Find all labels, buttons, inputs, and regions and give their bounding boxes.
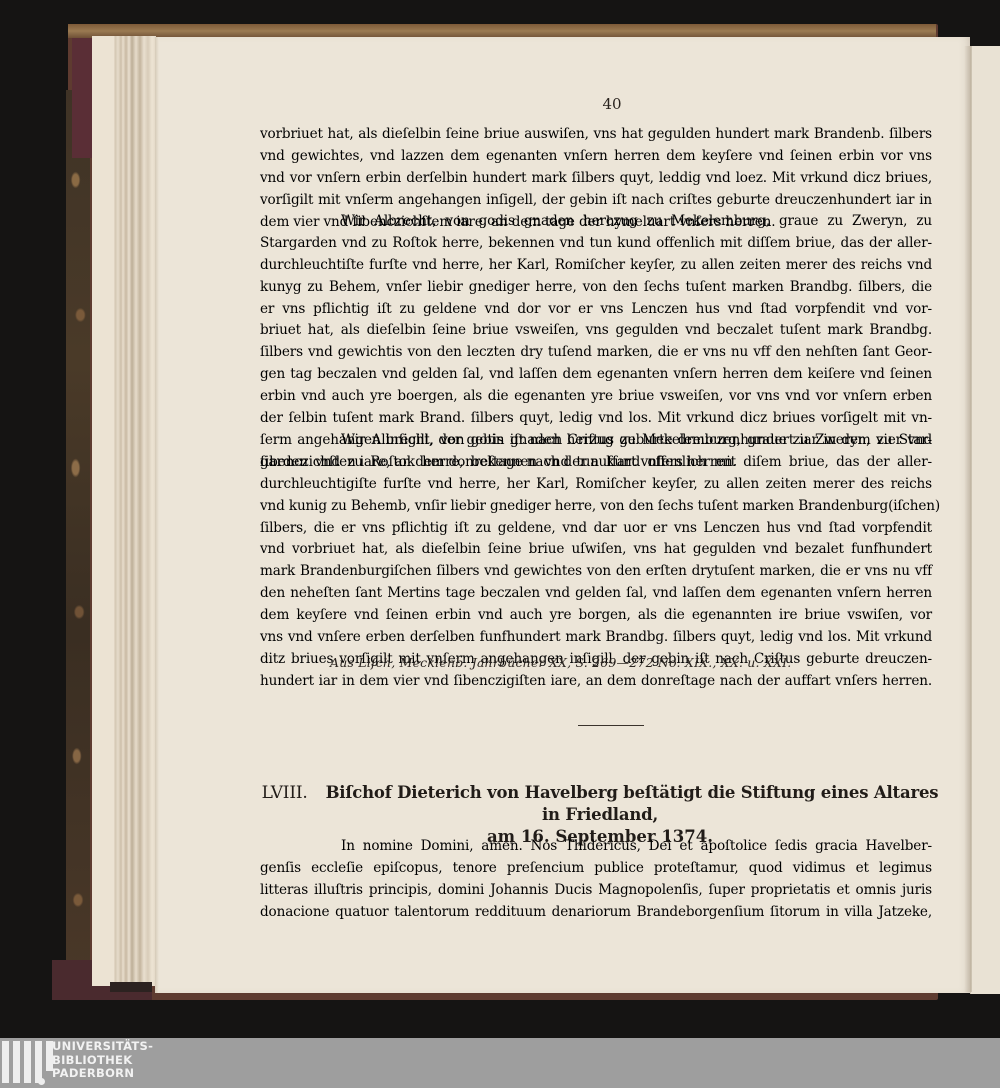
- text-line: vnd vor vnſern erbin derſelbin hundert m…: [260, 168, 932, 190]
- text-line: durchleuchtigiſte furſte vnd herre, her …: [260, 474, 932, 496]
- text-line: Wir Albrecht, von godis gnaden herczug z…: [260, 211, 932, 233]
- logo-line-3: PADERBORN: [52, 1067, 153, 1081]
- marbled-board-edge: [66, 90, 90, 990]
- text-line: garden vnd zu Roſtok herre, bekennen vnd…: [260, 452, 932, 474]
- text-line: gen tag beczalen vnd gelden ſal, vnd laſ…: [260, 364, 932, 386]
- paragraph-albrecht-2: Wir Albrecht, von gotis gnaden herzug zu…: [260, 430, 932, 693]
- section-divider: [578, 725, 644, 726]
- text-line: den neheſten ſant Mertins tage beczalen …: [260, 583, 932, 605]
- text-line: erbin vnd auch yre boergen, als die egen…: [260, 386, 932, 408]
- text-line: ſilbers vnd gewichtis von den leczten dr…: [260, 342, 932, 364]
- text-line: genſis eccleſie epiſcopus, tenore preſen…: [260, 858, 932, 880]
- text-line: der ſelbin tuſent mark Brand. ſilbers qu…: [260, 408, 932, 430]
- section-number: LVIII.: [262, 783, 308, 803]
- text-line: mark Brandenburgiſchen ſilbers vnd gewic…: [260, 561, 932, 583]
- text-line: Wir Albrecht, von gotis gnaden herzug zu…: [260, 430, 932, 452]
- text-line: kunyg zu Behem, vnſer liebir gnediger he…: [260, 277, 932, 299]
- page-edges-stack: [92, 36, 156, 986]
- logo-line-2: BIBLIOTHEK: [52, 1054, 153, 1068]
- text-line: vorbriuet hat, als dieſelbin ſeine briue…: [260, 124, 932, 146]
- section-heading-line-1: LVIII.Biſchof Dieterich von Havelberg be…: [250, 782, 950, 826]
- section-title: Biſchof Dieterich von Havelberg beſtätig…: [326, 783, 939, 824]
- text-line: vnd gewichtes, vnd lazzen dem egenanten …: [260, 146, 932, 168]
- text-line: briuet hat, als dieſelbin ſeine briue vs…: [260, 320, 932, 342]
- text-line: Stargarden vnd zu Roſtok herre, bekennen…: [260, 233, 932, 255]
- text-line: vnd kunig zu Behemb, vnſir liebir gnedig…: [260, 496, 932, 518]
- text-line: er vns pflichtig iſt zu geldene vnd dor …: [260, 299, 932, 321]
- library-logo-text: UNIVERSITÄTS- BIBLIOTHEK PADERBORN: [52, 1040, 153, 1081]
- text-line: vorſigilt mit vnſerm angehangen inſigell…: [260, 190, 932, 212]
- page-edges-fold: [110, 982, 152, 992]
- gutter-shadow: [964, 46, 972, 992]
- source-reference: Aus Liſch, Mecklenb. Jahrbücher XX, S. 2…: [330, 655, 830, 670]
- text-line: litteras illuſtris principis, domini Joh…: [260, 880, 932, 902]
- leather-corner-top: [72, 38, 94, 158]
- book-cover-top-edge: [68, 24, 936, 38]
- text-line: ſilbers, die er vns pflichtig iſt zu gel…: [260, 518, 932, 540]
- text-line: dem keyſere vnd ſeinen erbin vnd auch yr…: [260, 605, 932, 627]
- library-logo-dot-icon: [38, 1078, 45, 1085]
- library-logo-icon: [2, 1041, 53, 1086]
- logo-line-1: UNIVERSITÄTS-: [52, 1040, 153, 1054]
- facing-page-edge: [970, 46, 1000, 994]
- text-line: durchleuchtiſte furſte vnd herre, her Ka…: [260, 255, 932, 277]
- text-line: hundert iar in dem vier vnd ſibenczigiſt…: [260, 671, 932, 693]
- text-line: vns vnd vnſere erben derſelben funfhunde…: [260, 627, 932, 649]
- latin-paragraph: In nomine Domini, amen. Nos Thidericus, …: [260, 836, 932, 924]
- text-line: In nomine Domini, amen. Nos Thidericus, …: [260, 836, 932, 858]
- text-line: donacione quatuor talentorum reddituum d…: [260, 902, 932, 924]
- text-line: vnd vorbriuet hat, als dieſelbin ſeine b…: [260, 539, 932, 561]
- page-number: 40: [597, 95, 627, 113]
